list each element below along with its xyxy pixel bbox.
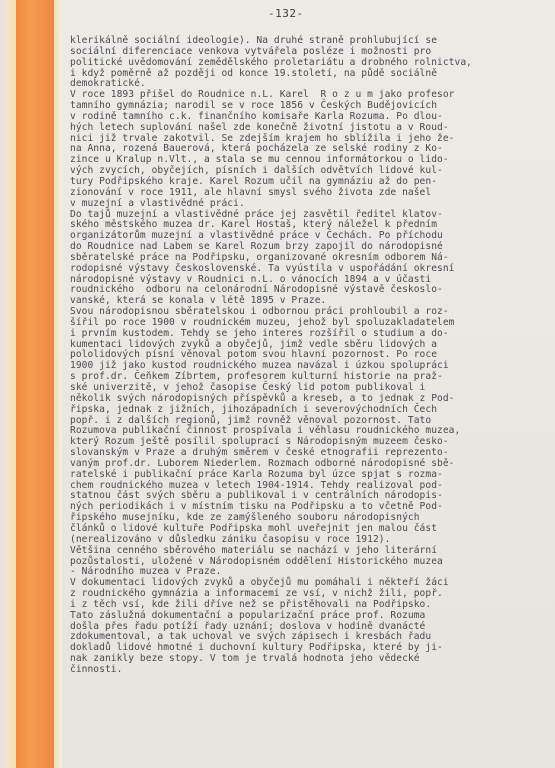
- text-line: činnosti.: [70, 665, 555, 676]
- text-line: v muzejní a vlastivědné práci.: [70, 199, 555, 210]
- text-line: hých letech suplování našel zde konečně …: [70, 123, 555, 134]
- text-line: řipska, jednak z jižních, jihozápadních …: [70, 405, 555, 416]
- text-line: Tato záslužná dokumentační a popularizač…: [70, 611, 555, 622]
- binding-inner-strip: [54, 0, 62, 768]
- text-line: nak zanikly beze stopy. V tom je trvalá …: [70, 654, 555, 665]
- page-number: -132-: [268, 7, 304, 20]
- body-text: klerikálně sociální ideologie). Na druhé…: [70, 36, 555, 676]
- text-line: politické uvědomování zemědělského prole…: [70, 58, 555, 69]
- binding-edge: [0, 0, 9, 768]
- binding-orange-tape: [16, 0, 54, 768]
- text-line: ratelské i publikační práce Karla Rozuma…: [70, 470, 555, 481]
- text-line: Většina cenného sběrového materiálu se n…: [70, 546, 555, 557]
- text-line: rodopisné výstavy československé. Ta vyú…: [70, 264, 555, 275]
- text-line: i prvním kustodem. Tehdy se jeho interes…: [70, 329, 555, 340]
